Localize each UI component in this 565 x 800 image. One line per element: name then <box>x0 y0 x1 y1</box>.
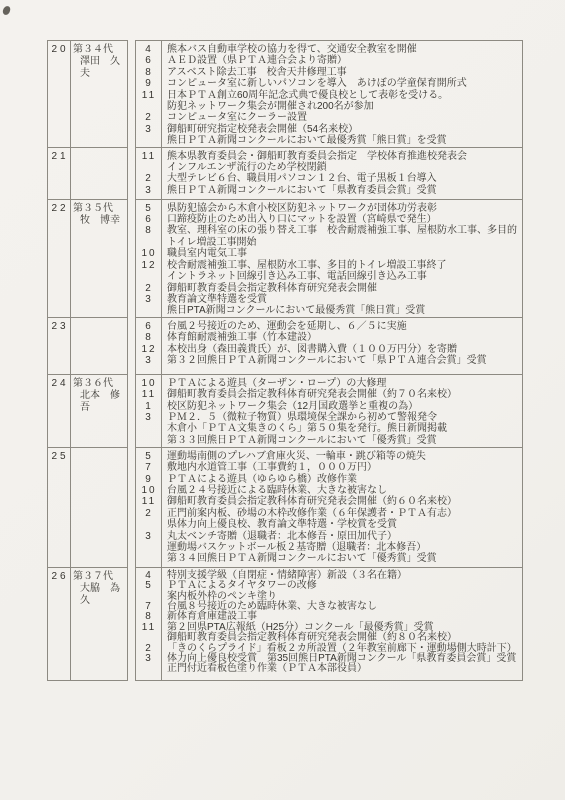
month-cell <box>136 162 162 173</box>
month-cell: 11 <box>136 389 162 400</box>
event-text: 御船町教育委員会指定教科体育研究発表会開催（約８０名来校） <box>162 633 522 643</box>
events-cell: 5運動場南側のプレハブ倉庫火災、一輪車・跳び箱等の焼失7敷地内水道管工事（工事費… <box>135 447 523 567</box>
event-row: 11御船町教育委員会指定教科体育研究発表会開催（約６０名来校） <box>136 496 522 507</box>
month-cell: 2 <box>136 173 162 184</box>
year-cell: 26 <box>47 567 71 681</box>
event-row: 10台風２４号接近による臨時休業、大きな被害なし <box>136 485 522 496</box>
events-cell: 6台風２号接近のため、運動会を延期し、６／５に実施8体育館耐震補強工事（竹本建設… <box>135 317 523 374</box>
year-cell: 20 <box>47 40 71 147</box>
section-row-year-23: 236台風２号接近のため、運動会を延期し、６／５に実施8体育館耐震補強工事（竹本… <box>47 317 523 374</box>
month-cell <box>136 423 162 434</box>
event-text: 県防犯協会から木倉小校区防犯ネットワークが団体功労表彰 <box>162 200 522 214</box>
event-text: ＰＴＡによる遊具（ゆらゆら橋）改修作業 <box>162 474 522 485</box>
scan-artifact-smudge <box>2 5 11 15</box>
table-gap <box>128 447 135 567</box>
month-cell <box>136 305 162 316</box>
month-cell: 3 <box>136 654 162 664</box>
event-text: 熊本県教育委員会・御船町教育委員会指定 学校体育推進校発表会 <box>162 148 522 162</box>
event-row: 2大型テレビ６台、職員用パソコン１２台、電子黒板１台導入 <box>136 173 522 184</box>
event-row: 6ＡＥＤ設置（県ＰＴＡ連合会より寄贈） <box>136 55 522 66</box>
month-cell: 8 <box>136 332 162 343</box>
event-row: 5県防犯協会から木倉小校区防犯ネットワークが団体功労表彰 <box>136 200 522 214</box>
event-text: 運動場バスケットボール板２基寄贈（退職者：北本修吾） <box>162 542 522 553</box>
month-cell: 6 <box>136 318 162 332</box>
month-cell: 11 <box>136 496 162 507</box>
era-label: 第３７代 <box>73 571 127 583</box>
event-row: 5運動場南側のプレハブ倉庫火災、一輪車・跳び箱等の焼失 <box>136 448 522 462</box>
event-text: 第３２回熊日ＰＴＡ新聞コンクールにおいて「県ＰＴＡ連合会賞」受賞 <box>162 355 522 374</box>
event-text: インフルエンザ流行のため学校閉鎖 <box>162 162 522 173</box>
event-text: 御船町研究指定校発表会開催（54名来校） <box>162 124 522 135</box>
event-row: 8アスベスト除去工事 校舎天井修理工事 <box>136 67 522 78</box>
event-text: 正門前案内板、砂場の木枠改修作業（６年保護者・ＰＴＡ有志） <box>162 508 522 519</box>
section-row-year-26: 26第３７代大脇 為久4特別支援学級（自閉症・情緒障害）新設（３名在籍）5ＰＴＡ… <box>47 567 523 681</box>
principal-cell <box>71 147 128 199</box>
year-cell: 25 <box>47 447 71 567</box>
event-row: 2御船町教育委員会指定教科体育研究発表会開催 <box>136 283 522 294</box>
event-text: 県体力向上優良校、教育論文準特選・学校賞を受賞 <box>162 519 522 530</box>
principal-name: 北本 修吾 <box>73 390 127 414</box>
event-row: 11御船町教育委員会指定教科体育研究発表会開催（約７０名来校） <box>136 389 522 400</box>
event-row: 9コンピュータ室に新しいパソコンを導入 あけぼの学童保育開所式 <box>136 78 522 89</box>
month-cell: 3 <box>136 412 162 423</box>
month-cell: 8 <box>136 67 162 78</box>
event-text: イントラネット回線引き込み工事、電話回線引き込み工事 <box>162 271 522 282</box>
era-label: 第３４代 <box>73 44 127 56</box>
event-text: 大型テレビ６台、職員用パソコン１２台、電子黒板１台導入 <box>162 173 522 184</box>
event-row: 7敷地内水道管工事（工事費約１，０００万円） <box>136 462 522 473</box>
event-text: 運動場南側のプレハブ倉庫火災、一輪車・跳び箱等の焼失 <box>162 448 522 462</box>
event-text: ＡＥＤ設置（県ＰＴＡ連合会より寄贈） <box>162 55 522 66</box>
section-row-year-25: 255運動場南側のプレハブ倉庫火災、一輪車・跳び箱等の焼失7敷地内水道管工事（工… <box>47 447 523 567</box>
section-row-year-21: 2111熊本県教育委員会・御船町教育委員会指定 学校体育推進校発表会インフルエン… <box>47 147 523 199</box>
month-cell: 4 <box>136 41 162 55</box>
month-cell: 11 <box>136 148 162 162</box>
month-cell <box>136 553 162 566</box>
era-label: 第３５代 <box>73 203 127 215</box>
month-cell: 11 <box>136 90 162 101</box>
events-cell: 5県防犯協会から木倉小校区防犯ネットワークが団体功労表彰6口蹄疫防止のため出入り… <box>135 199 523 317</box>
principal-name: 牧 博幸 <box>73 215 127 227</box>
event-text: コンピュータ室に新しいパソコンを導入 あけぼの学童保育開所式 <box>162 78 522 89</box>
principal-cell: 第３５代牧 博幸 <box>71 199 128 317</box>
year-cell: 23 <box>47 317 71 374</box>
event-row: 3熊日ＰＴＡ新聞コンクールにおいて「県教育委員会賞」受賞 <box>136 185 522 199</box>
month-cell: 2 <box>136 508 162 519</box>
month-cell: 5 <box>136 581 162 591</box>
event-text: 校舎耐震補強工事、屋根防水工事、多目的トイレ増設工事終了 <box>162 260 522 271</box>
event-text: 御船町教育委員会指定教科体育研究発表会開催（約６０名来校） <box>162 496 522 507</box>
section-row-year-24: 24第３６代北本 修吾10ＰＴＡによる遊具（ターザン・ロープ）の大修理11御船町… <box>47 374 523 447</box>
principal-cell: 第３４代澤田 久夫 <box>71 40 128 147</box>
event-row: 10ＰＴＡによる遊具（ターザン・ロープ）の大修理 <box>136 375 522 389</box>
event-row: 5ＰＴＡによるタイヤタワーの改修 <box>136 581 522 591</box>
event-text: 口蹄疫防止のため出入り口にマットを設置（宮崎県で発生） <box>162 214 522 225</box>
event-row: 10職員室内電気工事 <box>136 248 522 259</box>
scanned-document-page: 20第３４代澤田 久夫4熊本バス自動車学校の協力を得て、交通安全教室を開催6ＡＥ… <box>0 0 565 800</box>
event-row: 木倉小「ＰＴＡ文集きのくら」第５０集を発行。熊日新聞掲載 <box>136 423 522 434</box>
principal-cell: 第３６代北本 修吾 <box>71 374 128 447</box>
event-text: 職員室内電気工事 <box>162 248 522 259</box>
event-row: 12校舎耐震補強工事、屋根防水工事、多目的トイレ増設工事終了 <box>136 260 522 271</box>
events-cell: 10ＰＴＡによる遊具（ターザン・ロープ）の大修理11御船町教育委員会指定教科体育… <box>135 374 523 447</box>
event-row: 8体育館耐震補強工事（竹本建設） <box>136 332 522 343</box>
principal-cell: 第３７代大脇 為久 <box>71 567 128 681</box>
event-row: 6口蹄疫防止のため出入り口にマットを設置（宮崎県で発生） <box>136 214 522 225</box>
month-cell: 12 <box>136 260 162 271</box>
event-row: 防犯ネットワーク集会が開催され200名が参加 <box>136 101 522 112</box>
event-row: 3教育論文準特選を受賞 <box>136 294 522 305</box>
event-row: 4熊本バス自動車学校の協力を得て、交通安全教室を開催 <box>136 41 522 55</box>
event-text: アスベスト除去工事 校舎天井修理工事 <box>162 67 522 78</box>
table-gap <box>128 199 135 317</box>
event-row: 熊日PTA新聞コンクールにおいて最優秀賞「熊日賞」受賞 <box>136 305 522 316</box>
event-text: 熊日PTA新聞コンクールにおいて最優秀賞「熊日賞」受賞 <box>162 305 522 316</box>
table-gap <box>128 317 135 374</box>
principal-name: 澤田 久夫 <box>73 56 127 80</box>
year-cell: 22 <box>47 199 71 317</box>
event-text: コンピュータ室にクーラー設置 <box>162 112 522 123</box>
month-cell: 3 <box>136 294 162 305</box>
event-row: 正門付近看板色塗り作業（ＰＴＡ本部役員） <box>136 664 522 679</box>
month-cell: 3 <box>136 124 162 135</box>
event-text: 教育論文準特選を受賞 <box>162 294 522 305</box>
year-cell: 24 <box>47 374 71 447</box>
event-row: 熊日ＰＴＡ新聞コンクールにおいて最優秀賞「熊日賞」を受賞 <box>136 135 522 146</box>
table-gap <box>128 40 135 147</box>
month-cell: 1 <box>136 401 162 412</box>
event-row: 3御船町研究指定校発表会開催（54名来校） <box>136 124 522 135</box>
month-cell: 9 <box>136 78 162 89</box>
event-text: 本校出身（森田義貴氏）が、図書購入費（１００万円分）を寄贈 <box>162 344 522 355</box>
table-gap <box>128 147 135 199</box>
principal-cell <box>71 447 128 567</box>
month-cell: 9 <box>136 474 162 485</box>
event-text: 日本ＰＴＡ創立60周年記念式典で優良校として表彰を受ける。 <box>162 90 522 101</box>
month-cell: 5 <box>136 200 162 214</box>
event-row: 2コンピュータ室にクーラー設置 <box>136 112 522 123</box>
event-row: 第３３回熊日ＰＴＡ新聞コンクールにおいて「優秀賞」受賞 <box>136 435 522 447</box>
event-row: 御船町教育委員会指定教科体育研究発表会開催（約８０名来校） <box>136 633 522 643</box>
event-text: ＰＴＡによる遊具（ターザン・ロープ）の大修理 <box>162 375 522 389</box>
month-cell <box>136 519 162 530</box>
year-cell: 21 <box>47 147 71 199</box>
event-row: 県体力向上優良校、教育論文準特選・学校賞を受賞 <box>136 519 522 530</box>
month-cell: 2 <box>136 112 162 123</box>
event-row: 11日本ＰＴＡ創立60周年記念式典で優良校として表彰を受ける。 <box>136 90 522 101</box>
table-gap <box>128 374 135 447</box>
month-cell: 10 <box>136 375 162 389</box>
event-text: ＰＭ２．５（微粒子物質）県環境保全課から初めて警報発令 <box>162 412 522 423</box>
month-cell: 10 <box>136 485 162 496</box>
event-text: 教室、理科室の床の張り替え工事 校舎耐震補強工事、屋根防水工事、多目的トイレ増設… <box>162 225 522 248</box>
event-text: 敷地内水道管工事（工事費約１，０００万円） <box>162 462 522 473</box>
event-text: 第３４回熊日ＰＴＡ新聞コンクールにおいて「優秀賞」受賞 <box>162 553 522 566</box>
month-cell: 6 <box>136 214 162 225</box>
month-cell: 2 <box>136 283 162 294</box>
event-text: 校区防犯ネットワーク集会（12月国政選挙と重複の為） <box>162 401 522 412</box>
event-row: イントラネット回線引き込み工事、電話回線引き込み工事 <box>136 271 522 282</box>
principal-cell <box>71 317 128 374</box>
event-text: 熊日ＰＴＡ新聞コンクールにおいて「県教育委員会賞」受賞 <box>162 185 522 199</box>
month-cell <box>136 271 162 282</box>
month-cell: 7 <box>136 462 162 473</box>
event-row: 9ＰＴＡによる遊具（ゆらゆら橋）改修作業 <box>136 474 522 485</box>
event-text: 第３３回熊日ＰＴＡ新聞コンクールにおいて「優秀賞」受賞 <box>162 435 522 447</box>
section-row-year-20: 20第３４代澤田 久夫4熊本バス自動車学校の協力を得て、交通安全教室を開催6ＡＥ… <box>47 40 523 147</box>
month-cell: 3 <box>136 185 162 199</box>
event-text: 丸太ベンチ寄贈（退職者：北本修吾・原田加代子） <box>162 531 522 542</box>
event-text: 体育館耐震補強工事（竹本建設） <box>162 332 522 343</box>
events-cell: 4特別支援学級（自閉症・情緒障害）新設（３名在籍）5ＰＴＡによるタイヤタワーの改… <box>135 567 523 681</box>
school-history-table: 20第３４代澤田 久夫4熊本バス自動車学校の協力を得て、交通安全教室を開催6ＡＥ… <box>47 40 523 681</box>
event-row: 11熊本県教育委員会・御船町教育委員会指定 学校体育推進校発表会 <box>136 148 522 162</box>
events-cell: 4熊本バス自動車学校の協力を得て、交通安全教室を開催6ＡＥＤ設置（県ＰＴＡ連合会… <box>135 40 523 147</box>
event-row: 2正門前案内板、砂場の木枠改修作業（６年保護者・ＰＴＡ有志） <box>136 508 522 519</box>
month-cell <box>136 542 162 553</box>
month-cell: 3 <box>136 531 162 542</box>
month-cell <box>136 633 162 643</box>
table-gap <box>128 567 135 681</box>
event-text: 熊日ＰＴＡ新聞コンクールにおいて最優秀賞「熊日賞」を受賞 <box>162 135 522 146</box>
event-row: 8教室、理科室の床の張り替え工事 校舎耐震補強工事、屋根防水工事、多目的トイレ増… <box>136 225 522 248</box>
event-text: 台風２号接近のため、運動会を延期し、６／５に実施 <box>162 318 522 332</box>
month-cell: 3 <box>136 355 162 374</box>
event-text: ＰＴＡによるタイヤタワーの改修 <box>162 581 522 591</box>
month-cell: 6 <box>136 55 162 66</box>
month-cell <box>136 664 162 679</box>
principal-name: 大脇 為久 <box>73 583 127 607</box>
month-cell: 8 <box>136 225 162 248</box>
month-cell <box>136 101 162 112</box>
event-row: 6台風２号接近のため、運動会を延期し、６／５に実施 <box>136 318 522 332</box>
event-row: インフルエンザ流行のため学校閉鎖 <box>136 162 522 173</box>
event-row: 3ＰＭ２．５（微粒子物質）県環境保全課から初めて警報発令 <box>136 412 522 423</box>
month-cell: 11 <box>136 623 162 633</box>
month-cell <box>136 135 162 146</box>
event-row: 1校区防犯ネットワーク集会（12月国政選挙と重複の為） <box>136 401 522 412</box>
era-label: 第３６代 <box>73 378 127 390</box>
event-text: 木倉小「ＰＴＡ文集きのくら」第５０集を発行。熊日新聞掲載 <box>162 423 522 434</box>
event-text: 御船町教育委員会指定教科体育研究発表会開催（約７０名来校） <box>162 389 522 400</box>
event-text: 正門付近看板色塗り作業（ＰＴＡ本部役員） <box>162 664 522 679</box>
event-text: 台風２４号接近による臨時休業、大きな被害なし <box>162 485 522 496</box>
events-cell: 11熊本県教育委員会・御船町教育委員会指定 学校体育推進校発表会インフルエンザ流… <box>135 147 523 199</box>
section-row-year-22: 22第３５代牧 博幸5県防犯協会から木倉小校区防犯ネットワークが団体功労表彰6口… <box>47 199 523 317</box>
event-text: 防犯ネットワーク集会が開催され200名が参加 <box>162 101 522 112</box>
event-row: 3第３２回熊日ＰＴＡ新聞コンクールにおいて「県ＰＴＡ連合会賞」受賞 <box>136 355 522 374</box>
event-row: 第３４回熊日ＰＴＡ新聞コンクールにおいて「優秀賞」受賞 <box>136 553 522 566</box>
month-cell: 4 <box>136 568 162 581</box>
event-text: 熊本バス自動車学校の協力を得て、交通安全教室を開催 <box>162 41 522 55</box>
month-cell: 5 <box>136 448 162 462</box>
event-row: 12本校出身（森田義貴氏）が、図書購入費（１００万円分）を寄贈 <box>136 344 522 355</box>
event-row: 運動場バスケットボール板２基寄贈（退職者：北本修吾） <box>136 542 522 553</box>
event-text: 御船町教育委員会指定教科体育研究発表会開催 <box>162 283 522 294</box>
month-cell: 10 <box>136 248 162 259</box>
month-cell: 12 <box>136 344 162 355</box>
month-cell <box>136 435 162 447</box>
event-row: 3丸太ベンチ寄贈（退職者：北本修吾・原田加代子） <box>136 531 522 542</box>
